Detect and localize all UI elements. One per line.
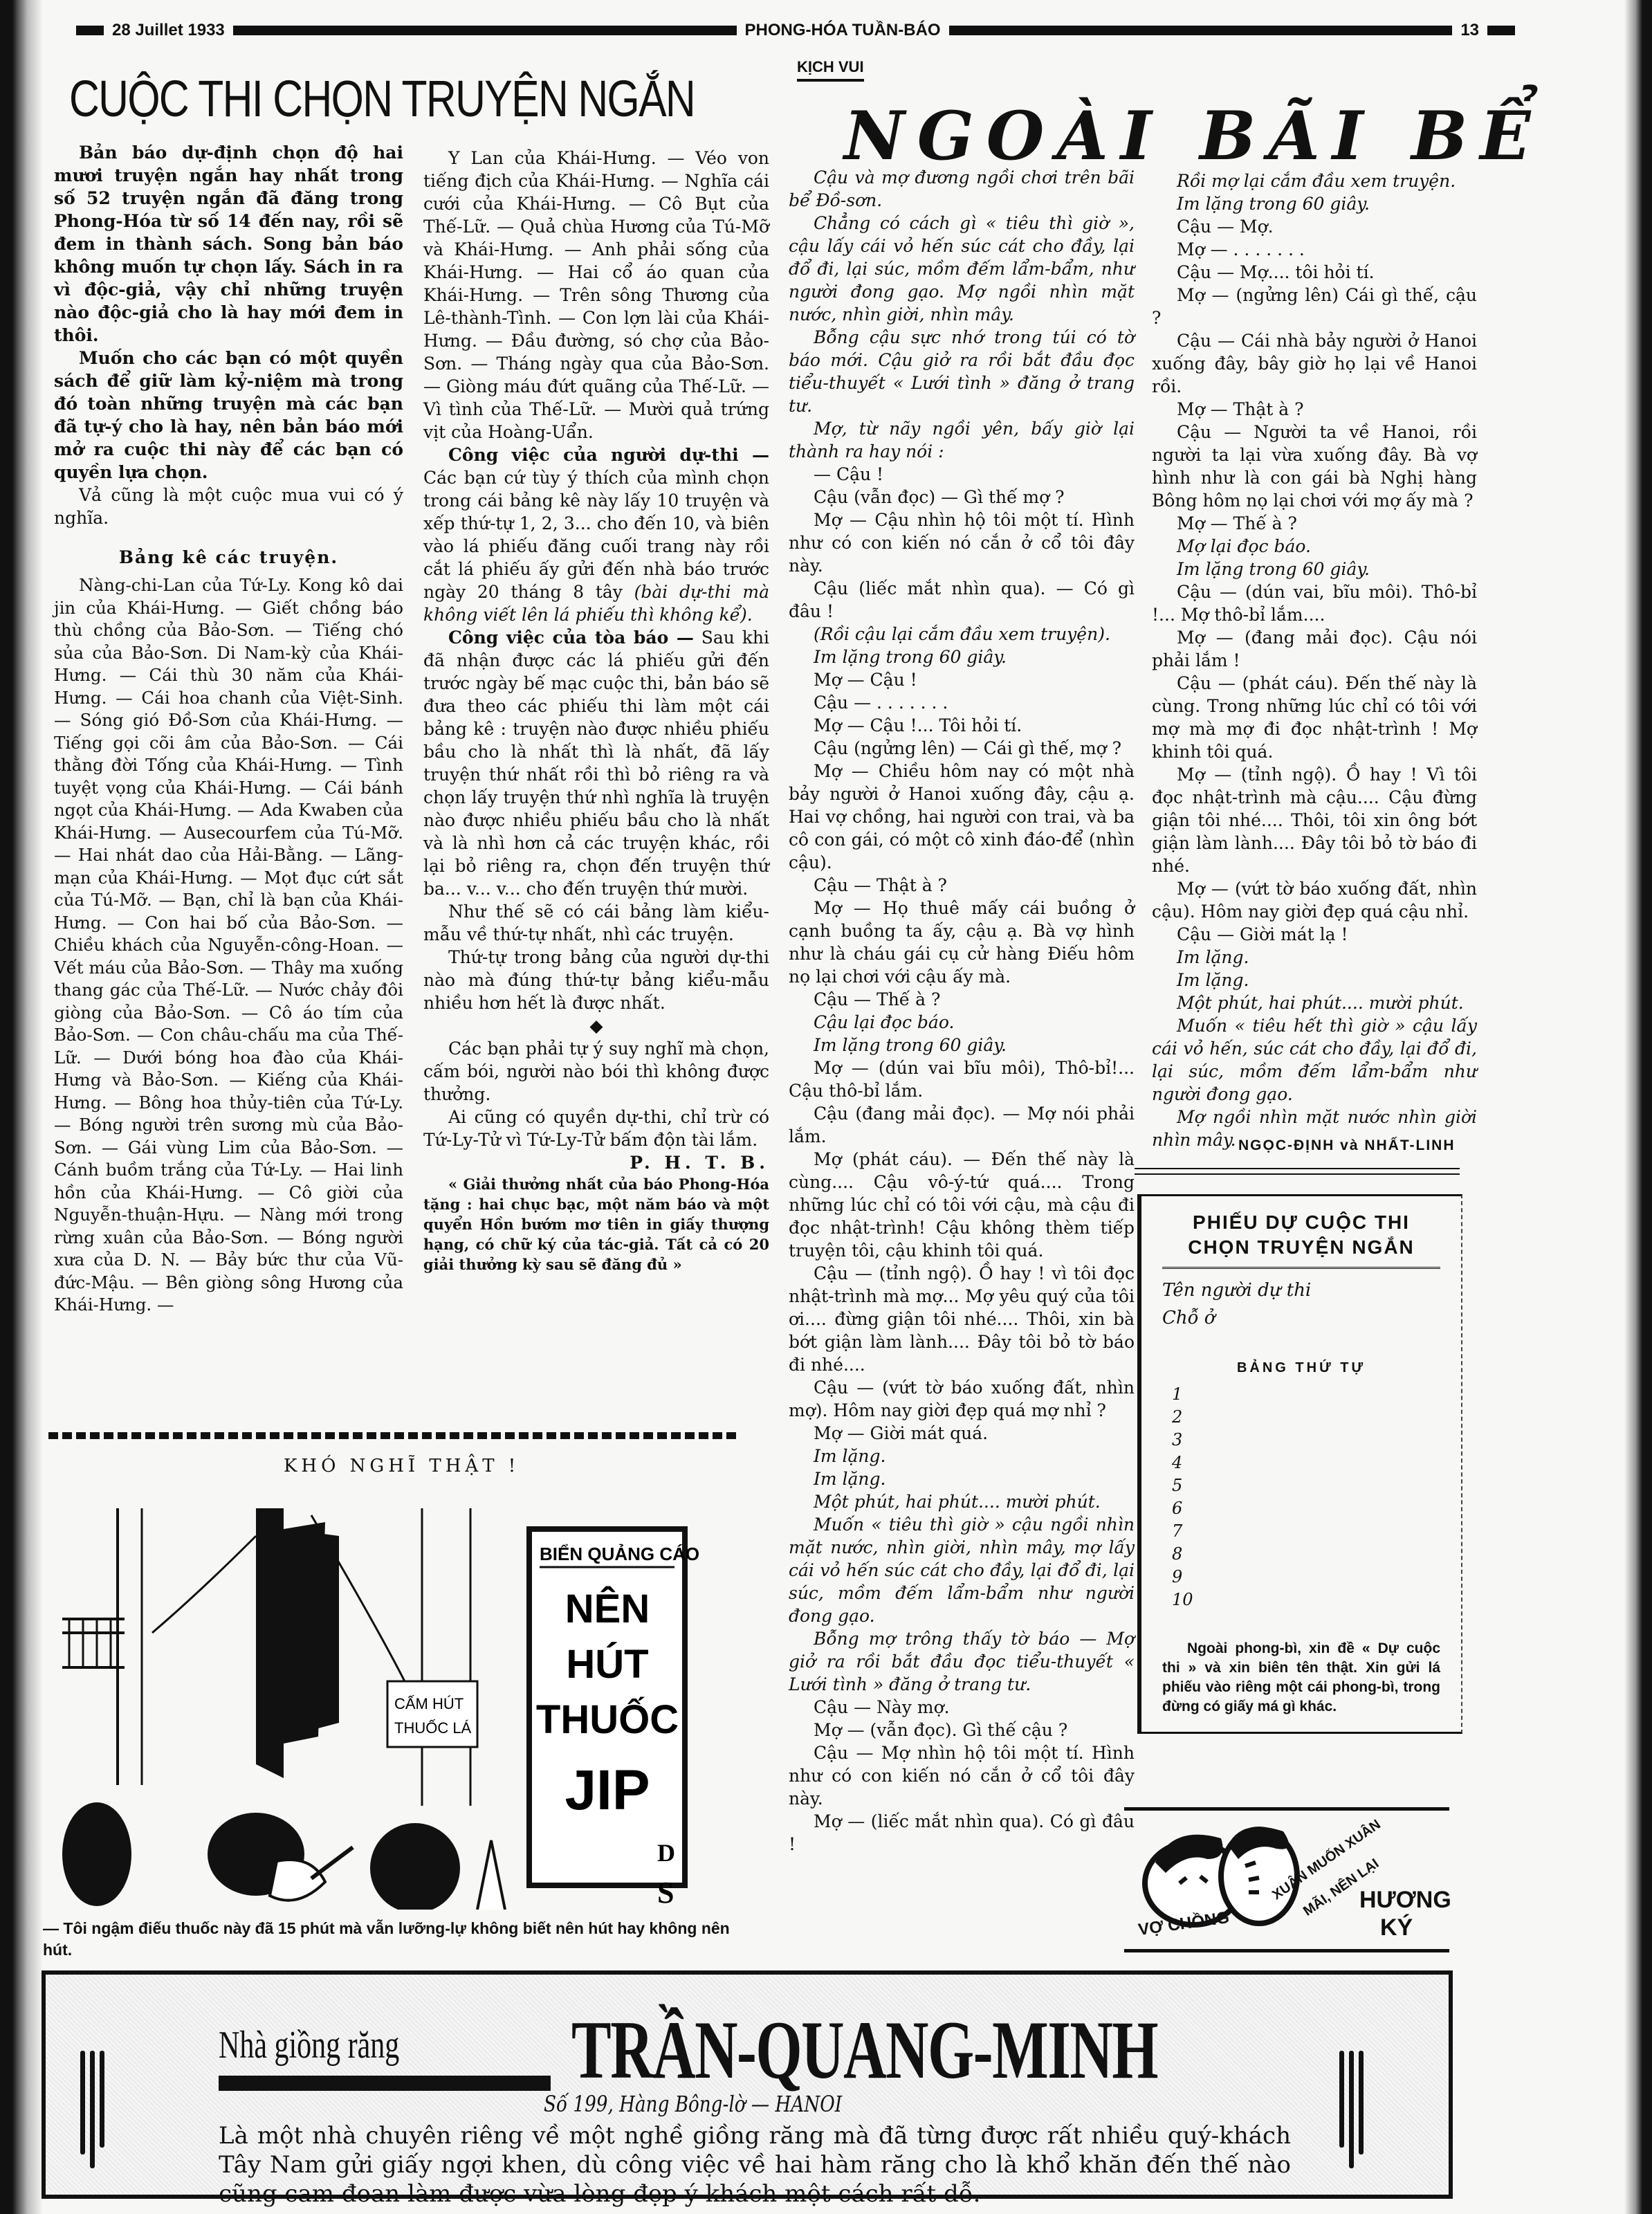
contest-column-1: Bản báo dự-định chọn độ hai mươi truyện … [54,141,403,1317]
dialogue-line: Mợ — . . . . . . . [1152,238,1477,261]
dialogue-line: Mợ — Cậu ! [789,668,1135,691]
dialogue-line: Cậu — Thế à ? [789,988,1135,1011]
dialogue-line: Cậu — Thật à ? [789,874,1135,897]
newspaper-page: 28 Juillet 1933 PHONG-HÓA TUẦN-BÁO 13 CU… [0,0,1652,2214]
dialogue-line: Mợ — Thật à ? [1152,398,1477,421]
dialogue-line: Cậu — Người ta về Hanoi, rồi người ta lạ… [1152,421,1477,512]
dialogue-line: Cậu (liếc mắt nhìn qua). — Có gì đâu ! [789,577,1135,623]
cartoon-title: KHÓ NGHĨ THẬT ! [284,1456,520,1476]
publication-name: PHONG-HÓA TUẦN-BÁO [745,21,941,40]
ad-lead-underline [219,2076,551,2091]
dialogue-line: Rồi mợ lại cắm đầu xem truyện. [1152,170,1477,192]
dialogue-line: Cậu — Mợ nhìn hộ tôi một tí. Hình như có… [789,1741,1135,1810]
rank-line[interactable]: 5 [1172,1474,1440,1497]
ad-brand: HƯƠNG [1359,1887,1451,1914]
entrant-section: Công việc của người dự-thi — Các bạn cứ … [423,443,769,626]
section-divider [48,1432,740,1439]
ornament-icon: ◆ [423,1014,769,1037]
rank-line[interactable]: 3 [1172,1429,1440,1452]
rank-line[interactable]: 7 [1172,1520,1440,1543]
dialogue-line: Cậu — Giời mát lạ ! [1152,923,1477,946]
dialogue-line: Muốn « tiêu thì giờ » cậu ngồi nhìn mặt … [789,1513,1135,1627]
scan-edge-left [0,0,43,2214]
ad-brand-2: KÝ [1380,1914,1413,1941]
dialogue-line: Cậu lại đọc báo. [789,1011,1135,1034]
office-section: Công việc của tòa báo — Sau khi đã nhận … [423,626,769,900]
ballot-title: PHIẾU DỰ CUỘC THI CHỌN TRUYỆN NGẮN [1162,1210,1440,1269]
dentist-name: TRẦN-QUANG-MINH [571,2002,1157,2098]
dialogue-line: Cậu — (tỉnh ngộ). Ồ hay ! vì tôi đọc nhậ… [789,1262,1135,1376]
rank-line[interactable]: 10 [1172,1589,1440,1611]
entrant-address-field[interactable]: Chỗ ở [1162,1306,1440,1330]
play-column-2: Rồi mợ lại cắm đầu xem truyện.Im lặng tr… [1152,170,1477,1151]
dialogue-line: Mợ, từ nãy ngồi yên, bấy giờ lại thành r… [789,417,1135,463]
dialogue-line: Một phút, hai phút.... mười phút. [1152,991,1477,1014]
dialogue-line: Cậu — Cái nhà bảy người ở Hanoi xuống đâ… [1152,329,1477,398]
dialogue-line: Mợ — Thế à ? [1152,512,1477,535]
dialogue-line: Cậu — (vứt tờ báo xuống đất, nhìn mợ). H… [789,1376,1135,1422]
dialogue-line: Mợ — (vứt tờ báo xuống đất, nhìn cậu). H… [1152,877,1477,923]
dialogue-line: Mợ — (đang mải đọc). Cậu nói phải lắm ! [1152,626,1477,672]
entrant-name-field[interactable]: Tên người dự thi [1162,1279,1440,1302]
dialogue-line: Im lặng. [789,1445,1135,1467]
rank-line[interactable]: 9 [1172,1566,1440,1589]
winner-paragraph: Thứ-tự trong bảng của người dự-thi nào m… [423,946,769,1014]
dentist-address: Số 199, Hàng Bông-lờ — HANOI [544,2091,842,2117]
dialogue-line: Im lặng. [789,1467,1135,1490]
dialogue-line: Bỗng mợ trông thấy tờ báo — Mợ giở ra rồ… [789,1627,1135,1696]
ballot-instructions: Ngoài phong-bì, xin đề « Dự cuộc thi » v… [1162,1639,1440,1717]
masthead-rule [949,26,1453,35]
scan-edge-right [1624,0,1652,2214]
dialogue-line: Một phút, hai phút.... mười phút. [789,1490,1135,1513]
dialogue-line: Cậu — Mợ.... tôi hỏi tí. [1152,261,1477,284]
ranking-heading: BẢNG THỨ TỰ [1162,1360,1440,1376]
play-kicker: KỊCH VUI [797,58,864,82]
dialogue-line: Mợ — Họ thuê mấy cái buồng ở cạnh buồng … [789,897,1135,988]
dialogue-line: Mợ (phát cáu). — Đến thế này là cùng....… [789,1148,1135,1262]
cartoon-caption: — Tôi ngậm điếu thuốc này đã 15 phút mà … [43,1918,735,1961]
dialogue-line: Cậu (đang mải đọc). — Mợ nói phải lắm. [789,1102,1135,1148]
masthead-rule [233,26,737,35]
svg-text:S: S [657,1876,674,1910]
dentist-description: Là một nhà chuyên riêng về một nghề giồn… [219,2121,1291,2208]
dialogue-line: Chẳng có cách gì « tiêu thì giờ », cậu l… [789,212,1135,326]
rank-line[interactable]: 4 [1172,1452,1440,1474]
no-smoking-sign: CẤM HÚT [394,1695,464,1712]
rank-line[interactable]: 6 [1172,1497,1440,1520]
intro-paragraph: Bản báo dự-định chọn độ hai mươi truyện … [54,141,403,347]
svg-text:JIP: JIP [565,1759,650,1822]
dialogue-line: Cậu — Mợ. [1152,215,1477,238]
dialogue-line: Bỗng cậu sực nhớ trong túi có tờ báo mới… [789,326,1135,417]
dialogue-line: Im lặng trong 60 giây. [789,1034,1135,1056]
dialogue-line: Mợ — (vẫn đọc). Gì thế cậu ? [789,1719,1135,1741]
dentist-advertisement: Nhà giồng răng TRẦN-QUANG-MINH Số 199, H… [42,1970,1453,2199]
masthead-rule [1487,26,1515,35]
dialogue-line: Mợ — (tỉnh ngộ). Ồ hay ! Vì tôi đọc nhật… [1152,763,1477,877]
dialogue-line: (Rồi cậu lại cắm đầu xem truyện). [789,623,1135,646]
dialogue-line: Mợ — (ngửng lên) Cái gì thế, cậu ? [1152,284,1477,329]
story-list: Nàng-chi-Lan của Tứ-Ly. Kong kô dai jin … [54,574,403,1317]
tooth-icon [1339,2051,1367,2168]
contest-title: CUỘC THI CHỌN TRUYỆN NGẮN [69,69,642,128]
office-body: Sau khi đã nhận được các lá phiếu gửi đế… [423,628,769,899]
tooth-icon [80,2051,108,2168]
dialogue-line: — Cậu ! [789,463,1135,486]
dialogue-line: Cậu (vẫn đọc) — Gì thế mợ ? [789,486,1135,509]
dialogue-line: Im lặng. [1152,969,1477,991]
dialogue-line: Cậu — (dún vai, bĩu môi). Thô-bỉ !... Mợ… [1152,580,1477,626]
intro-paragraph: Muốn cho các bạn có một quyền sách để gi… [54,347,403,484]
svg-text:D: D [657,1839,675,1867]
office-heading: Công việc của tòa báo — [448,628,694,648]
ranking-list: 1 2 3 4 5 6 7 8 9 10 [1162,1383,1440,1611]
dialogue-line: Mợ — Giời mát quá. [789,1422,1135,1445]
eligibility-paragraph: Ai cũng có quyền dự-thi, chỉ trừ có Tứ-L… [423,1106,769,1151]
dialogue-line: Mợ — Cậu !... Tôi hỏi tí. [789,714,1135,737]
intro-paragraph: Vả cũng là một cuộc mua vui có ý nghĩa. [54,484,403,529]
dialogue-line: Im lặng trong 60 giây. [1152,192,1477,215]
entrant-heading: Công việc của người dự-thi — [448,445,769,465]
dialogue-line: Mợ — (dún vai bĩu môi), Thô-bỉ!... Cậu t… [789,1056,1135,1102]
svg-text:NÊN: NÊN [565,1586,650,1631]
play-authors: NGỌC-ĐỊNH và NHẤT-LINH [1238,1137,1456,1154]
ad-lead: Nhà giồng răng [219,2023,399,2067]
dialogue-line: Mợ — Chiều hôm nay có một nhà bảy người … [789,760,1135,874]
dialogue-line: Cậu (ngửng lên) — Cái gì thế, mợ ? [789,737,1135,760]
play-title: NGOÀI BÃI BỂ [844,97,1543,175]
dialogue-line: Mợ lại đọc báo. [1152,535,1477,558]
dialogue-line: Cậu — (phát cáu). Đến thế này là cùng. T… [1152,672,1477,763]
issue-date: 28 Juillet 1933 [112,21,225,40]
rank-line[interactable]: 2 [1172,1406,1440,1429]
editor-signature: P. H. T. B. [423,1151,769,1174]
prize-note: « Giải thưởng nhất của báo Phong-Hóa tặn… [423,1174,769,1274]
cartoon-illustration: CẤM HÚT THUỐC LÁ BIỂN QUẢNG CÁO NÊN HÚT … [48,1494,740,1910]
model-paragraph: Như thế sẽ có cái bảng làm kiểu-mẫu về t… [423,900,769,946]
dialogue-line: Cậu — . . . . . . . [789,691,1135,714]
masthead: 28 Juillet 1933 PHONG-HÓA TUẦN-BÁO 13 [76,17,1515,44]
play-column-1: Cậu và mợ đương ngồi chơi trên bãi bể Đồ… [789,166,1135,1856]
svg-text:BIỂN QUẢNG CÁO: BIỂN QUẢNG CÁO [540,1544,699,1564]
dialogue-line: Im lặng. [1152,946,1477,969]
column-rule [1135,1168,1460,1175]
dialogue-line: Muốn « tiêu hết thì giờ » cậu lấy cái vỏ… [1152,1014,1477,1106]
rule-paragraph: Các bạn phải tự ý suy nghĩ mà chọn, cấm … [423,1037,769,1106]
huong-ky-advertisement: VỢ CHỒNG XUÂN MUỐN XUÂN MÃI, NÊN LẠI HƯƠ… [1124,1807,1449,1952]
rank-line[interactable]: 8 [1172,1543,1440,1566]
dialogue-line: Im lặng trong 60 giây. [789,646,1135,668]
rank-line[interactable]: 1 [1172,1383,1440,1406]
story-list-continued: Y Lan của Khái-Hưng. — Véo von tiếng địc… [423,147,769,443]
ballot-form[interactable]: PHIẾU DỰ CUỘC THI CHỌN TRUYỆN NGẮN Tên n… [1137,1194,1462,1734]
dialogue-line: Cậu — Này mợ. [789,1696,1135,1719]
dialogue-line: Cậu và mợ đương ngồi chơi trên bãi bể Đồ… [789,166,1135,212]
svg-text:THUỐC LÁ: THUỐC LÁ [394,1719,472,1737]
smoking-cartoon-icon: CẤM HÚT THUỐC LÁ BIỂN QUẢNG CÁO NÊN HÚT … [48,1494,740,1910]
svg-text:THUỐC: THUỐC [536,1697,679,1742]
dialogue-line: Mợ — Cậu nhìn hộ tôi một tí. Hình như có… [789,509,1135,577]
story-list-heading: Bảng kê các truyện. [54,546,403,569]
dialogue-line: Mợ — (liếc mắt nhìn qua). Có gì đâu ! [789,1810,1135,1856]
dialogue-line: Im lặng trong 60 giây. [1152,558,1477,580]
contest-column-2: Y Lan của Khái-Hưng. — Véo von tiếng địc… [423,147,769,1274]
page-number: 13 [1460,21,1479,40]
svg-text:HÚT: HÚT [566,1642,648,1687]
masthead-rule [76,26,104,35]
